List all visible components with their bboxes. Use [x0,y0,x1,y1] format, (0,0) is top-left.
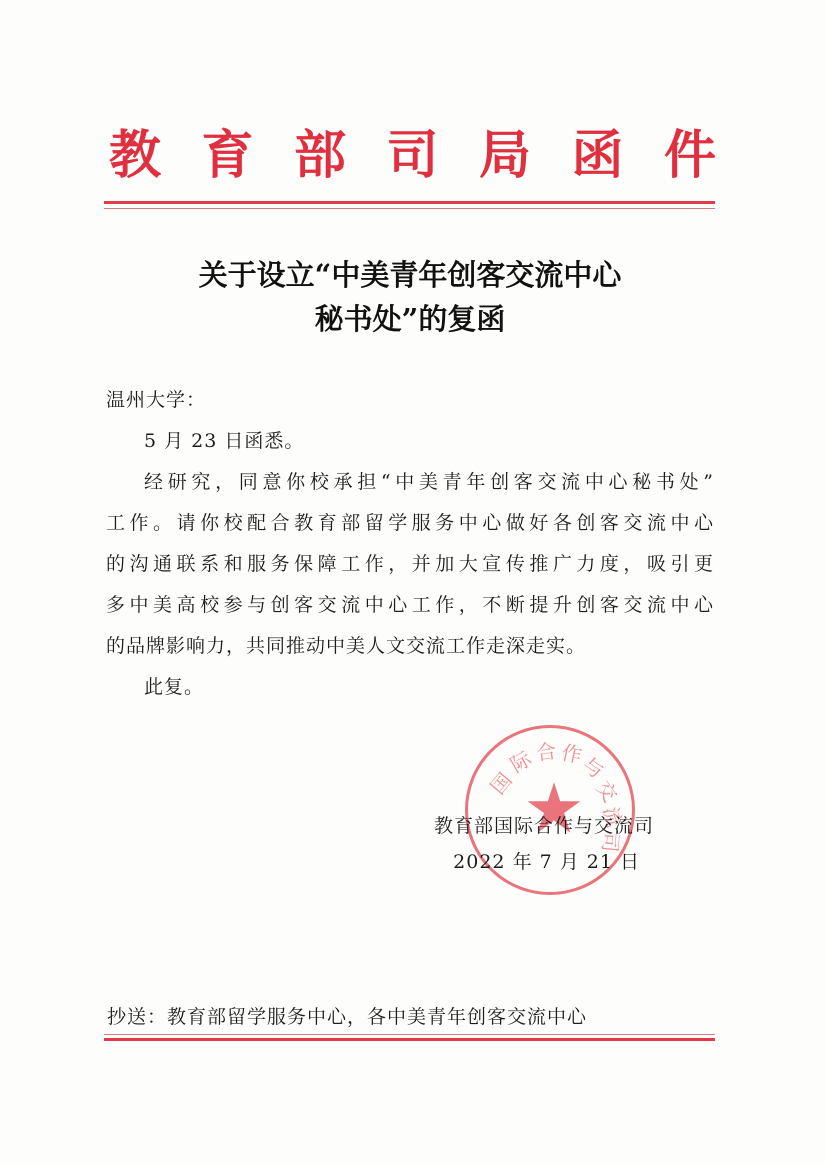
seal-char: 合 [534,735,558,767]
paragraph: 的品牌影响力，共同推动中美人文交流工作走深走实。 [106,626,714,667]
header-divider-thick [104,201,715,204]
letterhead-char: 局 [475,126,535,186]
signing-date: 2022 年 7 月 21 日 [400,844,660,880]
letterhead-char: 育 [198,126,258,186]
footer-divider-thick [104,1038,715,1041]
cc-line: 抄送：教育部留学服务中心，各中美青年创客交流中心 [107,1003,717,1031]
paragraph: 5 月 23 日函悉。 [106,421,714,462]
footer-divider-thin [104,1034,715,1035]
seal-char: 际 [504,743,536,778]
paragraph: 工作。请你校配合教育部留学服务中心做好各创客交流中心 [106,503,714,544]
paragraph: 多中美高校参与创客交流中心工作，不断提升创客交流中心 [106,585,714,626]
letterhead-char: 函 [568,126,628,186]
letterhead-char: 教 [105,126,165,186]
recipient: 温州大学： [106,380,714,421]
document-title-line2: 秘书处”的复函 [150,297,670,341]
document-title-line1: 关于设立“中美青年创客交流中心 [150,253,670,297]
letterhead-char: 件 [660,126,720,186]
paragraph: 的沟通联系和服务保障工作，并加大宣传推广力度，吸引更 [106,544,714,585]
signing-organization: 教育部国际合作与交流司 [400,808,660,844]
seal-char: 国 [482,766,517,800]
paragraph: 经研究，同意你校承担“中美青年创客交流中心秘书处” [106,462,714,503]
signature-block: 教育部国际合作与交流司 2022 年 7 月 21 日 [400,808,660,880]
seal-char: 作 [559,736,585,769]
header-divider-thin [104,208,715,209]
letterhead-title: 教 育 部 司 局 函 件 [105,126,720,186]
closing: 此复。 [106,667,714,708]
letterhead-char: 司 [383,126,443,186]
letterhead-char: 部 [290,126,350,186]
official-letter-page: 教 育 部 司 局 函 件 关于设立“中美青年创客交流中心 秘书处”的复函 温州… [0,0,825,1164]
letter-body: 温州大学： 5 月 23 日函悉。 经研究，同意你校承担“中美青年创客交流中心秘… [106,380,714,708]
document-title: 关于设立“中美青年创客交流中心 秘书处”的复函 [150,253,670,341]
